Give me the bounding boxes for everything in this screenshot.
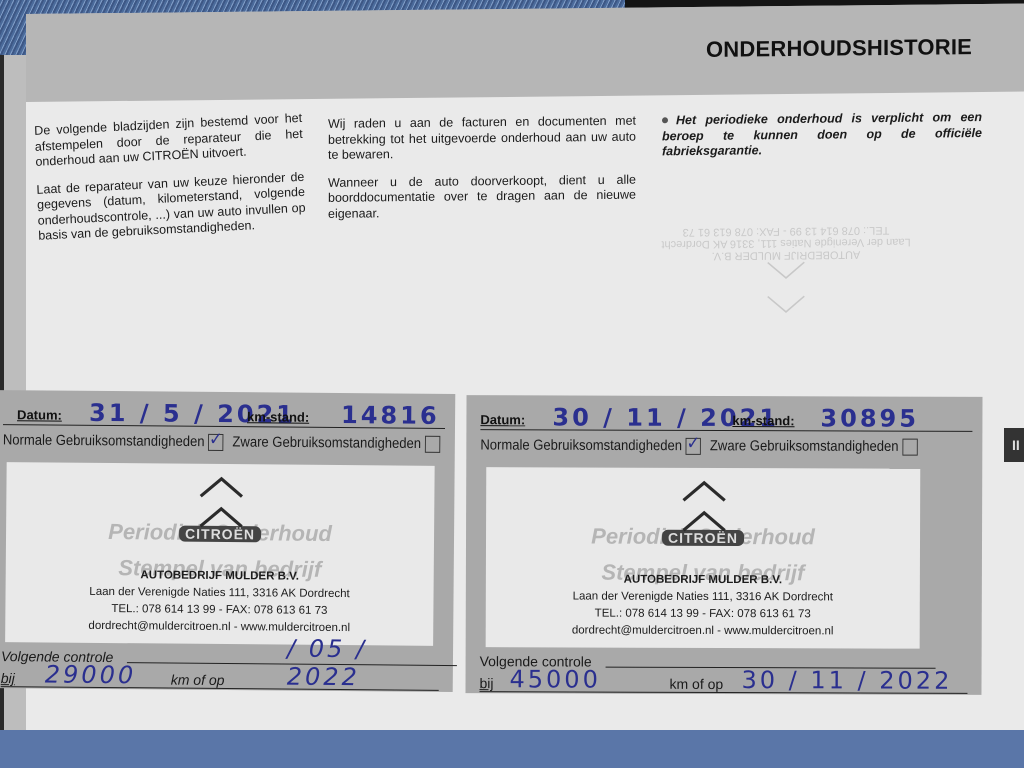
dealer-stamp-area: Periodiek Onderhoud Stempel van bedrijf … [5,462,435,646]
maintenance-entry-card: Datum: 30 / 11 / 2021 km-stand: 30895 No… [465,395,982,695]
normal-conditions-label: Normale Gebruiksomstandigheden [3,432,205,450]
dealer-phone: TEL.: 078 614 13 99 - FAX: 078 613 61 73 [486,605,920,624]
heavy-conditions-checkbox[interactable] [425,436,440,453]
date-km-row: Datum: 31 / 5 / 2021 km-stand: 14816 [3,402,445,429]
usage-conditions-row: Normale Gebruiksomstandigheden Zware Geb… [480,437,923,456]
next-check-row: Volgende controle bij 45000 km of op 30 … [479,653,967,695]
normal-conditions-label: Normale Gebruiksomstandigheden [480,437,682,454]
km-of-op-label: km of op [171,672,225,688]
citroen-logo: ︿︿ CITROËN [179,464,262,543]
next-check-line: bij 45000 km of op 30 / 11 / 2022 [479,673,967,694]
km-value[interactable]: 14816 [341,401,440,430]
km-label: km-stand: [732,413,794,428]
background-fabric-bottom [0,730,1024,768]
usage-conditions-row: Normale Gebruiksomstandigheden Zware Geb… [3,432,446,453]
brand-name: CITROËN [179,526,261,543]
intro-paragraph: De volgende bladzijden zijn bestemd voor… [34,111,304,171]
normal-conditions-checkbox[interactable] [686,438,701,455]
bij-label: bij [1,670,15,686]
warranty-notice: Het periodieke onderhoud is verplicht om… [662,110,982,160]
citroen-chevron-icon: ︿︿ [179,464,262,525]
intro-paragraph: Wij raden u aan de facturen en documente… [328,114,636,164]
km-value[interactable]: 30895 [820,404,919,432]
citroen-chevron-icon: ︿︿ [656,260,916,331]
intro-column-1: De volgende bladzijden zijn bestemd voor… [34,111,307,256]
next-date-value[interactable]: 30 / 11 / 2022 [741,666,952,695]
dealer-stamp: AUTOBEDRIJF MULDER B.V. Laan der Verenig… [5,566,434,638]
intro-column-2: Wij raden u aan de facturen en documente… [328,114,636,234]
next-km-value[interactable]: 29000 [45,660,137,689]
next-check-row: Volgende controle bij 29000 km of op / 0… [1,648,439,692]
dealer-name: AUTOBEDRIJF MULDER B.V. [486,571,920,590]
intro-paragraph: Laat de reparateur van uw keuze hieronde… [36,169,306,244]
citroen-chevron-icon: ︿︿ [662,468,744,528]
km-label: km-stand: [247,409,309,425]
section-tab: II [1004,428,1024,462]
citroen-logo: ︿︿ CITROËN [662,468,744,546]
heavy-conditions-label: Zware Gebruiksomstandigheden [232,434,421,452]
brand-name: CITROËN [662,530,744,546]
km-of-op-label: km of op [669,676,723,692]
next-km-value[interactable]: 45000 [509,665,600,693]
intro-paragraph: Wanneer u de auto doorverkoopt, dient u … [328,172,636,222]
bullet-icon [662,117,668,123]
show-through-stamp: ︿︿ AUTOBEDRIJF MULDER B.V. Laan der Vere… [656,178,916,331]
maintenance-entry-card: Datum: 31 / 5 / 2021 km-stand: 14816 Nor… [0,390,455,692]
dealer-stamp-area: Periodiek Onderhoud Stempel van bedrijf … [486,467,921,649]
next-date-value[interactable]: / 05 / 2022 [287,635,439,692]
date-label: Datum: [17,407,62,422]
bij-label: bij [479,675,493,691]
heavy-conditions-checkbox[interactable] [902,439,917,456]
warranty-notice-text: Het periodieke onderhoud is verplicht om… [662,110,982,158]
normal-conditions-checkbox[interactable] [208,434,223,451]
next-check-line: bij 29000 km of op / 05 / 2022 [1,668,439,691]
dealer-web: dordrecht@muldercitroen.nl - www.mulderc… [486,622,920,641]
date-label: Datum: [480,412,525,427]
date-km-row: Datum: 30 / 11 / 2021 km-stand: 30895 [480,407,972,432]
dealer-stamp: AUTOBEDRIJF MULDER B.V. Laan der Verenig… [486,571,920,641]
page-title: ONDERHOUDSHISTORIE [706,34,972,63]
dealer-address: Laan der Verenigde Naties 111, 3316 AK D… [486,588,920,607]
heavy-conditions-label: Zware Gebruiksomstandigheden [710,438,899,455]
